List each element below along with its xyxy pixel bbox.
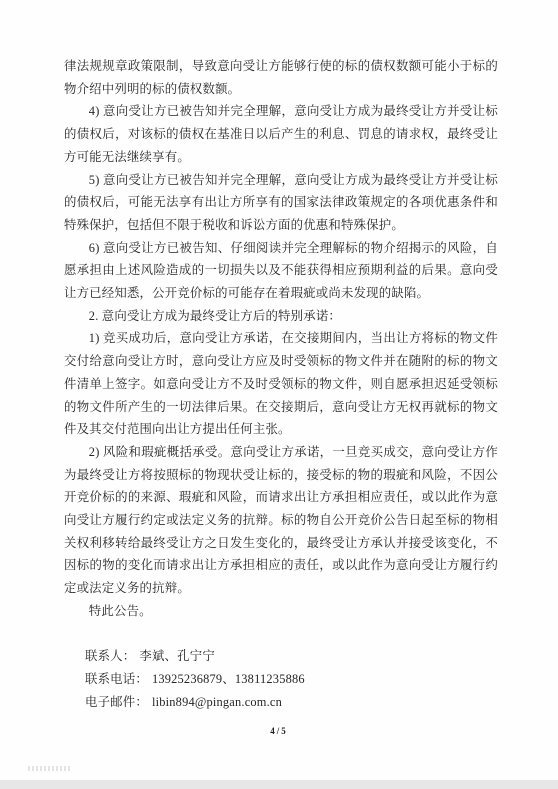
contact-email-line: 电子邮件：libin894@pingan.com.cn [85,691,498,714]
faint-scan-artifact [28,766,70,771]
paragraph-promise-1: 1) 竞买成功后，意向受让方承诺，在交接期间内，当出让方将标的物文件交付给意向受… [64,327,498,441]
paragraph-item-6: 6) 意向受让方已被告知、仔细阅读并完全理解标的物介绍揭示的风险，自愿承担由上述… [64,237,498,305]
paragraph-item-5: 5) 意向受让方已被告知并完全理解，意向受让方成为最终受让方并受让标的债权后，可… [64,169,498,237]
paragraph-promise-2: 2) 风险和瑕疵概括承受。意向受让方承诺，一旦竞买成交，意向受让方作为最终受让方… [64,441,498,600]
paragraph-section-2-heading: 2. 意向受让方成为最终受让方后的特别承诺： [64,305,498,328]
scanner-edge-band [0,780,558,789]
contact-person-line: 联系人：李斌、孔宁宁 [85,645,498,668]
contact-person-label: 联系人： [85,649,135,663]
contact-phone-value: 13925236879、13811235886 [152,672,305,686]
contact-email-value: libin894@pingan.com.cn [152,695,282,709]
contact-block: 联系人：李斌、孔宁宁 联系电话：13925236879、13811235886 … [64,645,498,713]
blank-line [64,623,498,646]
closing-statement: 特此公告。 [64,600,498,623]
document-body: 律法规规章政策限制，导致意向受让方能够行使的标的债权数额可能小于标的物介绍中列明… [64,55,498,713]
scanned-document-page: 律法规规章政策限制，导致意向受让方能够行使的标的债权数额可能小于标的物介绍中列明… [0,0,558,789]
contact-email-label: 电子邮件： [85,695,148,709]
paragraph-item-4: 4) 意向受让方已被告知并完全理解，意向受让方成为最终受让方并受让标的债权后，对… [64,100,498,168]
paragraph-continuation: 律法规规章政策限制，导致意向受让方能够行使的标的债权数额可能小于标的物介绍中列明… [64,55,498,100]
contact-phone-line: 联系电话：13925236879、13811235886 [85,668,498,691]
contact-person-value: 李斌、孔宁宁 [139,649,215,663]
contact-phone-label: 联系电话： [85,672,148,686]
page-number: 4/5 [0,726,558,736]
